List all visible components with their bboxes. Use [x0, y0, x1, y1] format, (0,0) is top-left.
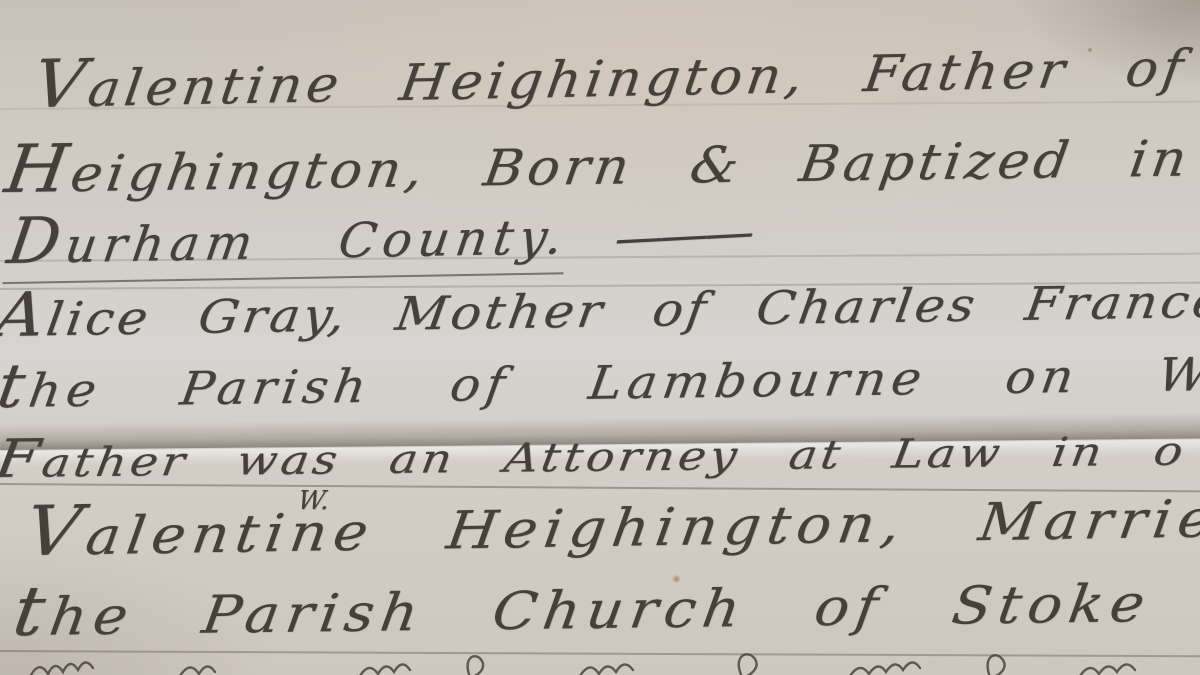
handwritten-register-photo: Valentine Heighington, Father of Heighin… — [0, 0, 1200, 675]
line-text: Valentine Heighington, Father of — [29, 24, 1193, 123]
line-text: the Parish Church of Stoke New — [8, 555, 1200, 652]
handwritten-line-stoke-newington: the Parish Church of Stoke New — [8, 555, 1200, 652]
partial-line-strokes — [0, 651, 1200, 675]
filler-dash: ——— — [612, 204, 753, 267]
handwritten-line-valentine-father: Valentine Heighington, Father of — [29, 24, 1193, 123]
line-text-underlined: Durham County. — [2, 194, 574, 284]
